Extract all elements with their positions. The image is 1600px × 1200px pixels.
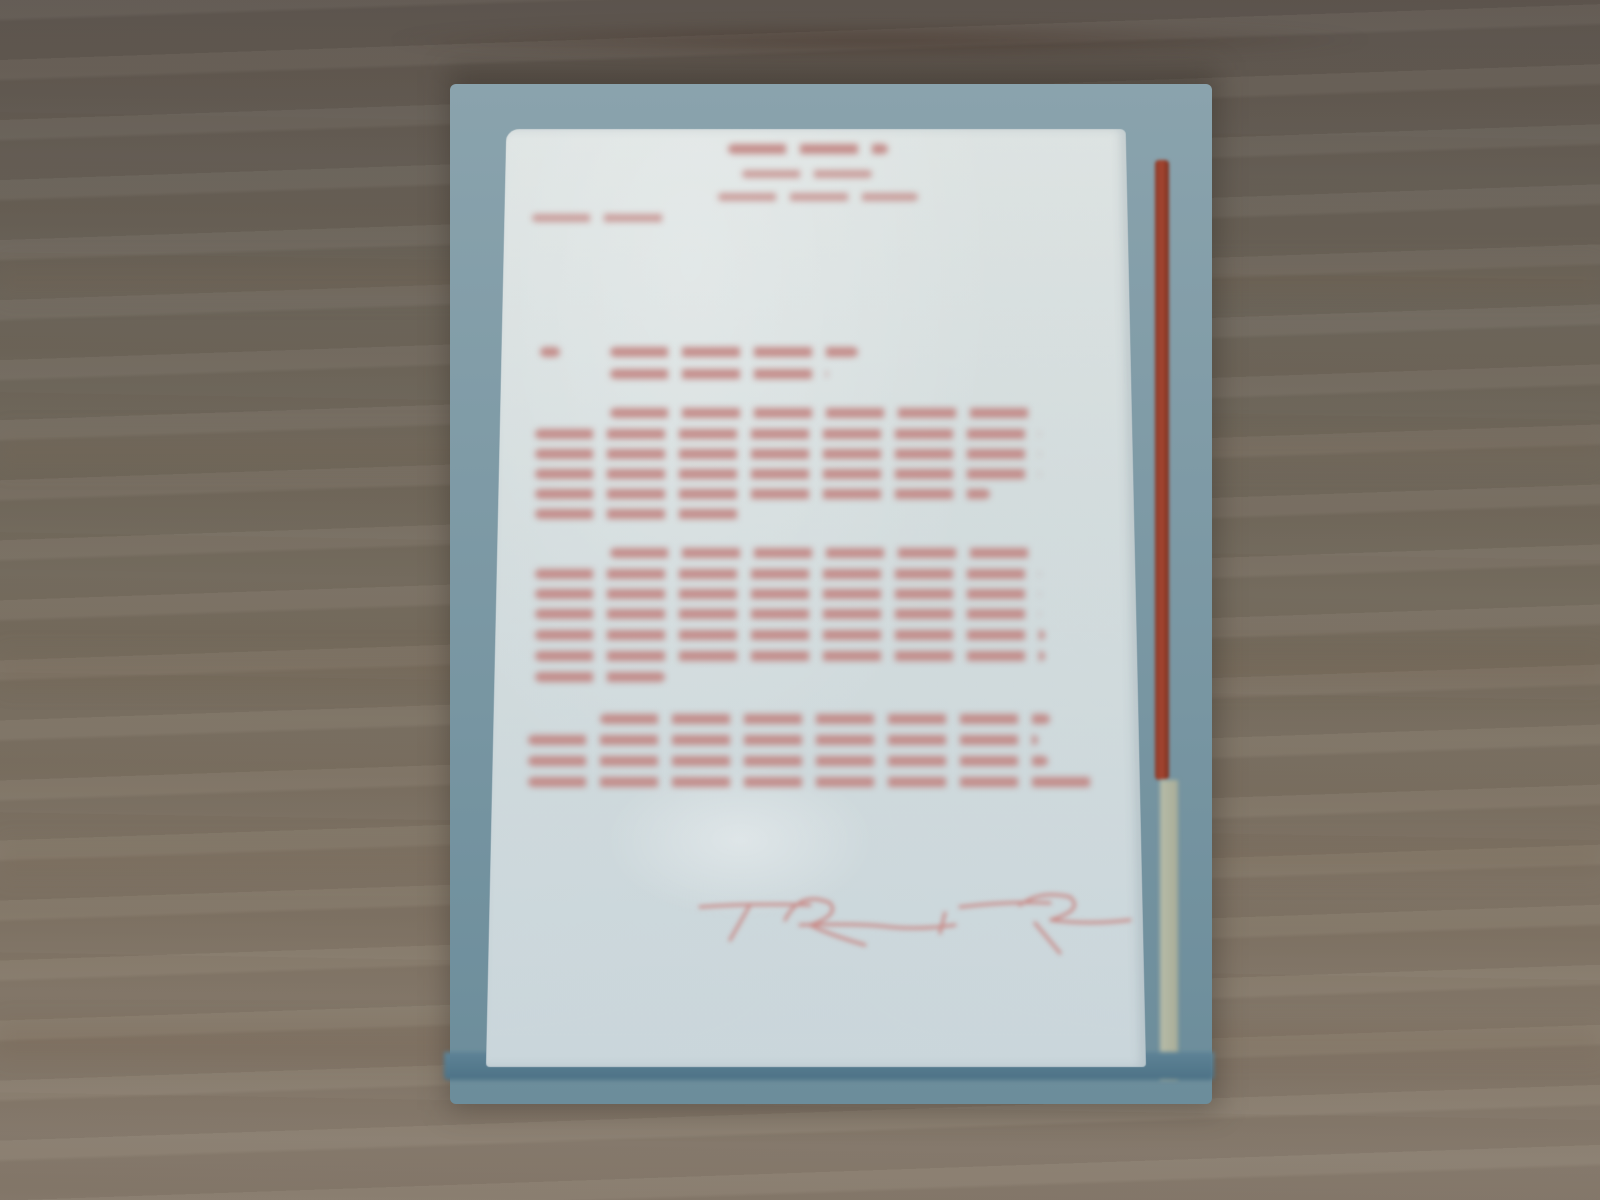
letterhead-line [718, 193, 918, 201]
letterhead-line [742, 170, 872, 178]
body-line [610, 548, 1040, 558]
subject-line [610, 369, 828, 379]
body-line [535, 509, 745, 519]
body-line [535, 672, 665, 682]
body-line [535, 489, 990, 499]
body-line [535, 469, 1040, 479]
body-line [535, 569, 1040, 579]
body-line [535, 630, 1045, 640]
body-line [600, 714, 1050, 724]
body-line [528, 735, 1038, 745]
letter-text [0, 0, 1600, 1200]
body-line [535, 429, 1040, 439]
body-line [610, 408, 1040, 418]
subject-line [610, 347, 858, 357]
subject-label [540, 347, 560, 357]
body-line [528, 756, 1048, 766]
body-line [528, 777, 1093, 787]
date-line [532, 214, 672, 222]
body-line [535, 651, 1045, 661]
signature [690, 885, 1140, 955]
body-line [535, 589, 1040, 599]
body-line [535, 609, 1040, 619]
body-line [535, 449, 1040, 459]
letterhead-line [728, 144, 888, 154]
